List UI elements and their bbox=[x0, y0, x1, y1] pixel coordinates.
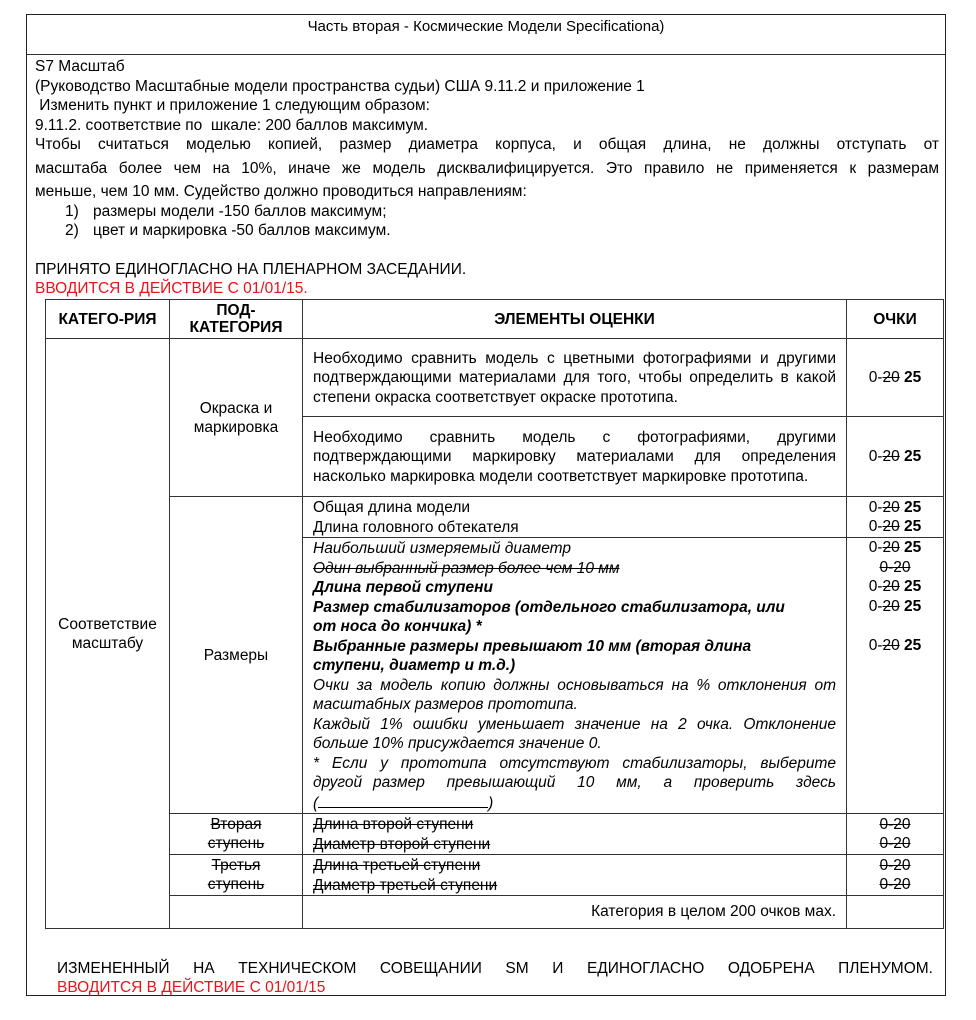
element-text: Длина второй ступени Диаметр второй ступ… bbox=[303, 814, 847, 855]
list-text: размеры модели -150 баллов максимум; bbox=[93, 203, 387, 220]
element-text: Наибольший измеряемый диаметр Один выбра… bbox=[303, 538, 847, 814]
table-row-total: Категория в целом 200 очков мах. bbox=[46, 896, 944, 929]
intro-paragraph-line: масштаба более чем на 10%, иначе же моде… bbox=[35, 159, 939, 179]
points-cell: 0-20 0-20 bbox=[847, 814, 944, 855]
points-cell: 0-20 0-20 bbox=[847, 855, 944, 896]
list-item: 2)цвет и маркировка -50 баллов максимум. bbox=[65, 221, 939, 241]
element-text: Необходимо сравнить модель с цветными фо… bbox=[303, 339, 847, 417]
intro-line: 9.11.2. соответствие по шкале: 200 балло… bbox=[35, 116, 939, 136]
intro-paragraph-line: меньше, чем 10 мм. Судейство должно пров… bbox=[35, 182, 939, 202]
document-page: Часть вторая - Космические Модели Specif… bbox=[26, 14, 946, 996]
verification-blank[interactable]: () bbox=[313, 793, 836, 814]
table-row: Третьяступень Длина третьей ступени Диам… bbox=[46, 855, 944, 896]
list-number: 1) bbox=[65, 202, 93, 222]
empty-cell bbox=[170, 896, 303, 929]
category-total: Категория в целом 200 очков мах. bbox=[303, 896, 847, 929]
judging-list: 1)размеры модели -150 баллов максимум; 2… bbox=[35, 202, 939, 241]
subcategory-paint: Окраска имаркировка bbox=[170, 339, 303, 497]
footer-effective-date: ВВОДИТСЯ В ДЕЙСТВИЕ С 01/01/15 bbox=[57, 978, 933, 997]
table-row: Размеры Общая длина модели Длина головно… bbox=[46, 497, 944, 538]
subcategory-third-stage: Третьяступень bbox=[170, 855, 303, 896]
footer-section: ИЗМЕНЕННЫЙ НА ТЕХНИЧЕСКОМ СОВЕЩАНИИ SM И… bbox=[57, 959, 933, 997]
points-cell: 0-20 25 bbox=[847, 339, 944, 417]
table-header-row: КАТЕГО-РИЯ ПОД-КАТЕГОРИЯ ЭЛЕМЕНТЫ ОЦЕНКИ… bbox=[46, 300, 944, 339]
list-item: 1)размеры модели -150 баллов максимум; bbox=[65, 202, 939, 222]
intro-section: S7 Масштаб (Руководство Масштабные модел… bbox=[35, 57, 939, 299]
effective-date: ВВОДИТСЯ В ДЕЙСТВИЕ С 01/01/15. bbox=[35, 279, 939, 299]
category-cell: Соответствиемасштабу bbox=[46, 339, 170, 929]
adopted-statement: ПРИНЯТО ЕДИНОГЛАСНО НА ПЛЕНАРНОМ ЗАСЕДАН… bbox=[35, 260, 939, 280]
subcategory-second-stage: Втораяступень bbox=[170, 814, 303, 855]
points-cell: 0-20 25 bbox=[847, 417, 944, 497]
intro-line: Изменить пункт и приложение 1 следующим … bbox=[35, 96, 939, 116]
points-cell: 0-20 25 0-20 0-20 25 0-20 25 0-20 25 bbox=[847, 538, 944, 814]
amended-statement: ИЗМЕНЕННЫЙ НА ТЕХНИЧЕСКОМ СОВЕЩАНИИ SM И… bbox=[57, 959, 933, 978]
list-number: 2) bbox=[65, 221, 93, 241]
document-title: Часть вторая - Космические Модели Specif… bbox=[27, 15, 945, 55]
points-cell: 0-20 25 0-20 25 bbox=[847, 497, 944, 538]
intro-line: (Руководство Масштабные модели пространс… bbox=[35, 77, 939, 97]
list-text: цвет и маркировка -50 баллов максимум. bbox=[93, 222, 391, 239]
header-category: КАТЕГО-РИЯ bbox=[46, 300, 170, 339]
scoring-table: КАТЕГО-РИЯ ПОД-КАТЕГОРИЯ ЭЛЕМЕНТЫ ОЦЕНКИ… bbox=[45, 299, 944, 929]
subcategory-dimensions: Размеры bbox=[170, 497, 303, 814]
table-row: Соответствиемасштабу Окраска имаркировка… bbox=[46, 339, 944, 417]
element-text: Длина третьей ступени Диаметр третьей ст… bbox=[303, 855, 847, 896]
header-elements: ЭЛЕМЕНТЫ ОЦЕНКИ bbox=[303, 300, 847, 339]
table-row: Втораяступень Длина второй ступени Диаме… bbox=[46, 814, 944, 855]
element-text: Необходимо сравнить модель с фотографиям… bbox=[303, 417, 847, 497]
intro-paragraph-line: Чтобы считаться моделью копией, размер д… bbox=[35, 135, 939, 155]
header-points: ОЧКИ bbox=[847, 300, 944, 339]
header-subcategory: ПОД-КАТЕГОРИЯ bbox=[170, 300, 303, 339]
element-text: Общая длина модели Длина головного обтек… bbox=[303, 497, 847, 538]
empty-cell bbox=[847, 896, 944, 929]
section-heading: S7 Масштаб bbox=[35, 57, 939, 77]
